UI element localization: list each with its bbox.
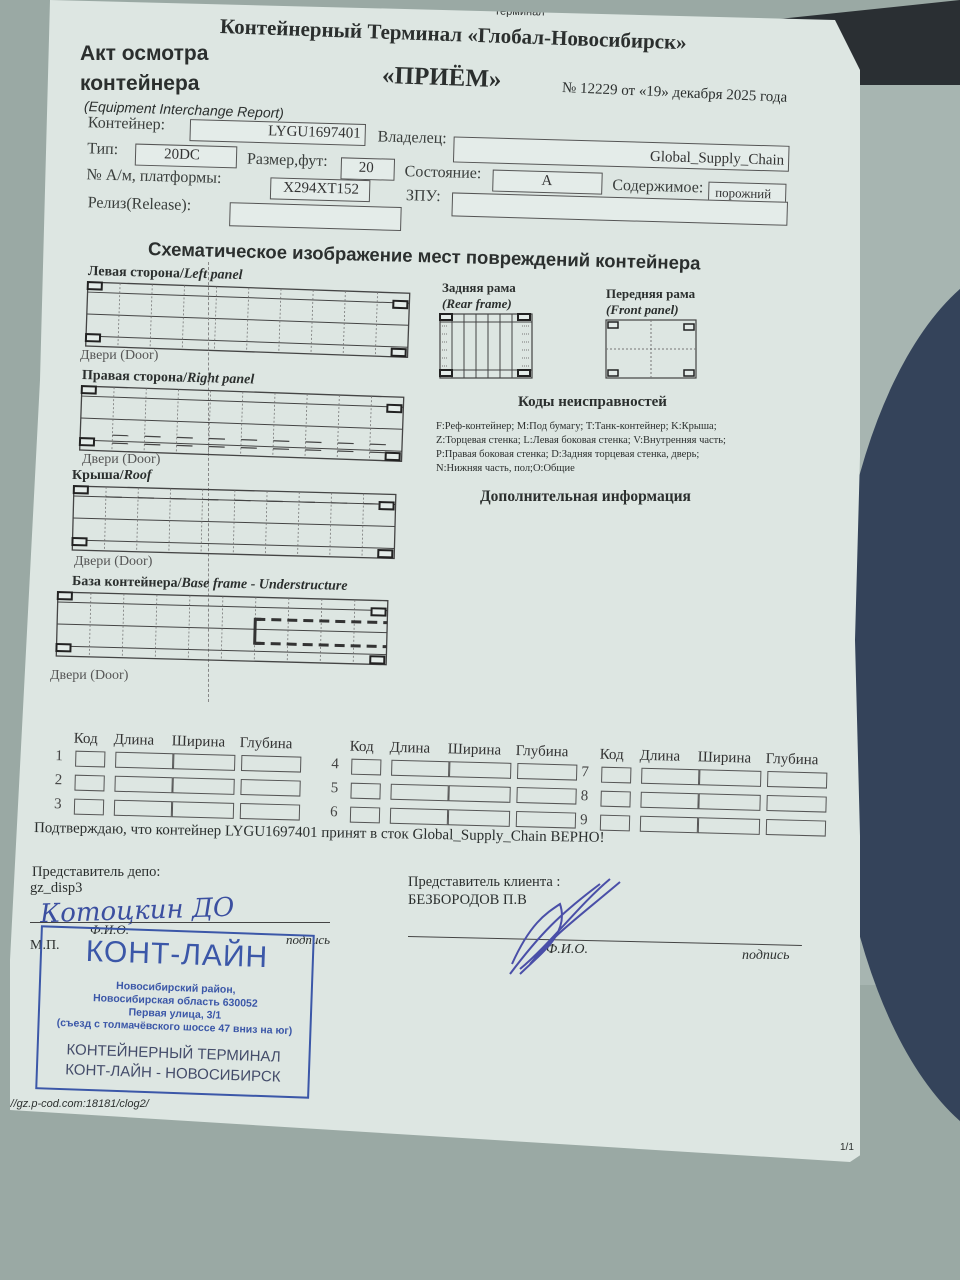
base-title-ru: База контейнера/ (72, 574, 182, 591)
damage-header-code: Код (600, 747, 624, 765)
depot-rep-label: Представитель депо: (32, 864, 160, 881)
damage-width-field[interactable] (698, 817, 760, 835)
damage-length-field[interactable] (391, 760, 449, 778)
damage-width-field[interactable] (173, 753, 235, 771)
damage-width-field[interactable] (699, 769, 761, 787)
doc-title-line1: Акт осмотра (80, 42, 208, 66)
rear-frame-title-en: (Rear frame) (442, 296, 516, 312)
damage-row-number: 3 (54, 796, 62, 813)
damage-length-field[interactable] (115, 752, 173, 770)
depot-signature-line (30, 922, 330, 923)
container-value: LYGU1697401 (268, 123, 361, 143)
vehicle-field[interactable]: X294XT152 (270, 177, 371, 202)
document-sheet: Терминал Контейнерный Терминал «Глобал-Н… (10, 0, 860, 1170)
rear-frame-title: Задняя рама (Rear frame) (442, 280, 516, 312)
damage-code-field[interactable] (600, 815, 630, 832)
container-label: Контейнер: (88, 114, 166, 134)
damage-row-number: 4 (331, 756, 339, 773)
condition-label: Состояние: (404, 163, 481, 183)
damage-length-field[interactable] (640, 792, 698, 810)
damage-row-number: 5 (330, 780, 338, 797)
damage-depth-field[interactable] (241, 755, 301, 773)
damage-header-depth: Глубина (515, 743, 568, 761)
left-panel-title-en: Left panel (184, 267, 243, 284)
damage-header-depth: Глубина (765, 751, 818, 769)
damage-code-field[interactable] (74, 775, 104, 792)
damage-depth-field[interactable] (766, 795, 826, 813)
vehicle-value: X294XT152 (283, 180, 359, 199)
rear-frame-diagram[interactable] (438, 312, 534, 380)
damage-depth-field[interactable] (240, 803, 300, 821)
damage-header-width: Ширина (448, 741, 502, 759)
type-field[interactable]: 20DC (135, 144, 238, 169)
damage-length-field[interactable] (114, 800, 172, 818)
base-frame-diagram[interactable] (54, 590, 396, 669)
damage-row-number: 1 (55, 748, 63, 765)
damage-row-number: 9 (580, 812, 588, 829)
type-label: Тип: (87, 140, 118, 159)
damage-depth-field[interactable] (240, 779, 300, 797)
right-panel-door-label: Двери (Door) (82, 452, 160, 468)
damage-code-field[interactable] (351, 759, 381, 776)
front-frame-title-en: (Front panel) (606, 302, 695, 318)
damage-width-field[interactable] (172, 777, 234, 795)
base-title-en: Base frame - Understructure (181, 576, 347, 594)
terminal-title: Контейнерный Терминал «Глобал-Новосибирс… (220, 14, 688, 55)
damage-header-code: Код (74, 731, 98, 749)
fault-code-line: Z:Торцевая стенка; L:Левая боковая стенк… (436, 434, 726, 448)
damage-length-field[interactable] (640, 816, 698, 834)
damage-row-number: 2 (54, 772, 62, 789)
damage-code-field[interactable] (74, 799, 104, 816)
depot-user: gz_disp3 (30, 880, 82, 897)
additional-info-title: Дополнительная информация (480, 488, 691, 506)
damage-header-length: Длина (114, 732, 155, 750)
client-signature-label: подпись (742, 948, 789, 964)
damage-header-length: Длина (640, 748, 681, 766)
right-panel-title-en: Right panel (187, 371, 255, 388)
damage-width-field[interactable] (449, 761, 511, 779)
left-panel-door-label: Двери (Door) (80, 348, 158, 364)
damage-row-number: 7 (581, 764, 589, 781)
damage-code-field[interactable] (350, 807, 380, 824)
damage-row-number: 8 (580, 788, 588, 805)
condition-field[interactable]: A (492, 170, 603, 195)
rear-frame-title-ru: Задняя рама (442, 280, 516, 296)
operation-title: «ПРИЁМ» (382, 62, 502, 94)
stamp-footer: КОНТЕЙНЕРНЫЙ ТЕРМИНАЛ КОНТ-ЛАЙН - НОВОСИ… (38, 1039, 309, 1088)
vehicle-label: № А/м, платформы: (86, 166, 222, 188)
damage-header-code: Код (350, 739, 374, 757)
release-field[interactable] (229, 202, 402, 231)
damage-code-field[interactable] (350, 783, 380, 800)
doc-number: № 12229 от «19» декабря 2025 года (562, 80, 788, 107)
size-field[interactable]: 20 (340, 157, 395, 180)
company-stamp: КОНТ-ЛАЙН Новосибирский район, Новосибир… (35, 925, 315, 1098)
damage-row-number: 6 (330, 804, 338, 821)
roof-title-ru: Крыша/ (72, 468, 124, 483)
damage-header-depth: Глубина (239, 735, 292, 753)
left-panel-title-ru: Левая сторона/ (88, 264, 184, 282)
damage-length-field[interactable] (390, 784, 448, 802)
damage-code-field[interactable] (600, 791, 630, 808)
roof-title: Крыша/Roof (72, 468, 152, 484)
front-frame-title-ru: Передняя рама (606, 286, 695, 302)
roof-diagram[interactable] (70, 484, 402, 563)
roof-title-en: Roof (124, 468, 152, 483)
damage-length-field[interactable] (114, 776, 172, 794)
damage-depth-field[interactable] (767, 771, 827, 789)
stamp-title: КОНТ-ЛАЙН (41, 933, 312, 976)
depot-handwritten-name: Котоцкин ДО (40, 893, 235, 930)
right-panel-title-ru: Правая сторона/ (82, 368, 187, 386)
damage-depth-field[interactable] (517, 763, 577, 781)
size-label: Размер,фут: (247, 151, 328, 171)
owner-label: Владелец: (377, 128, 447, 148)
damage-header-length: Длина (390, 740, 431, 758)
print-url: s://gz.p-cod.com:18181/clog2/ (2, 1098, 149, 1110)
seal-label: ЗПУ: (406, 187, 441, 206)
release-label: Релиз(Release): (87, 194, 191, 215)
size-value: 20 (359, 160, 374, 177)
fault-codes-list: F:Реф-контейнер; M:Под бумагу; T:Танк-ко… (436, 420, 726, 476)
contents-label: Содержимое: (612, 177, 703, 198)
damage-width-field[interactable] (448, 785, 510, 803)
damage-code-field[interactable] (601, 767, 631, 784)
fault-code-line: P:Правая боковая стенка; D:Задняя торцев… (436, 448, 726, 462)
front-frame-title: Передняя рама (Front panel) (606, 286, 695, 318)
top-label: Терминал (494, 6, 545, 19)
damage-depth-field[interactable] (516, 811, 576, 829)
damage-length-field[interactable] (641, 768, 699, 786)
damage-depth-field[interactable] (516, 787, 576, 805)
damage-code-field[interactable] (75, 751, 105, 768)
client-signature-scribble (500, 874, 640, 984)
type-value: 20DC (164, 146, 200, 164)
owner-value: Global_Supply_Chain (650, 149, 785, 170)
fault-code-line: N:Нижняя часть, пол;O:Общие (436, 462, 726, 476)
fault-code-line: F:Реф-контейнер; M:Под бумагу; T:Танк-ко… (436, 420, 726, 434)
damage-width-field[interactable] (698, 793, 760, 811)
damage-width-field[interactable] (172, 801, 234, 819)
roof-door-label: Двери (Door) (74, 554, 152, 570)
base-door-label: Двери (Door) (50, 668, 128, 684)
page-number: 1/1 (840, 1142, 854, 1153)
damage-header-width: Ширина (698, 749, 752, 767)
container-field[interactable]: LYGU1697401 (189, 119, 366, 146)
doc-title-line2: контейнера (80, 72, 200, 96)
damage-length-field[interactable] (390, 808, 448, 826)
front-frame-diagram[interactable] (604, 318, 700, 382)
damage-depth-field[interactable] (766, 819, 826, 837)
damage-header-width: Ширина (172, 733, 226, 751)
damage-width-field[interactable] (448, 809, 510, 827)
fault-codes-title: Коды неисправностей (518, 394, 667, 411)
owner-field[interactable]: Global_Supply_Chain (453, 136, 790, 171)
stamp-address: Новосибирский район, Новосибирская облас… (39, 977, 311, 1038)
condition-value: A (541, 173, 552, 190)
